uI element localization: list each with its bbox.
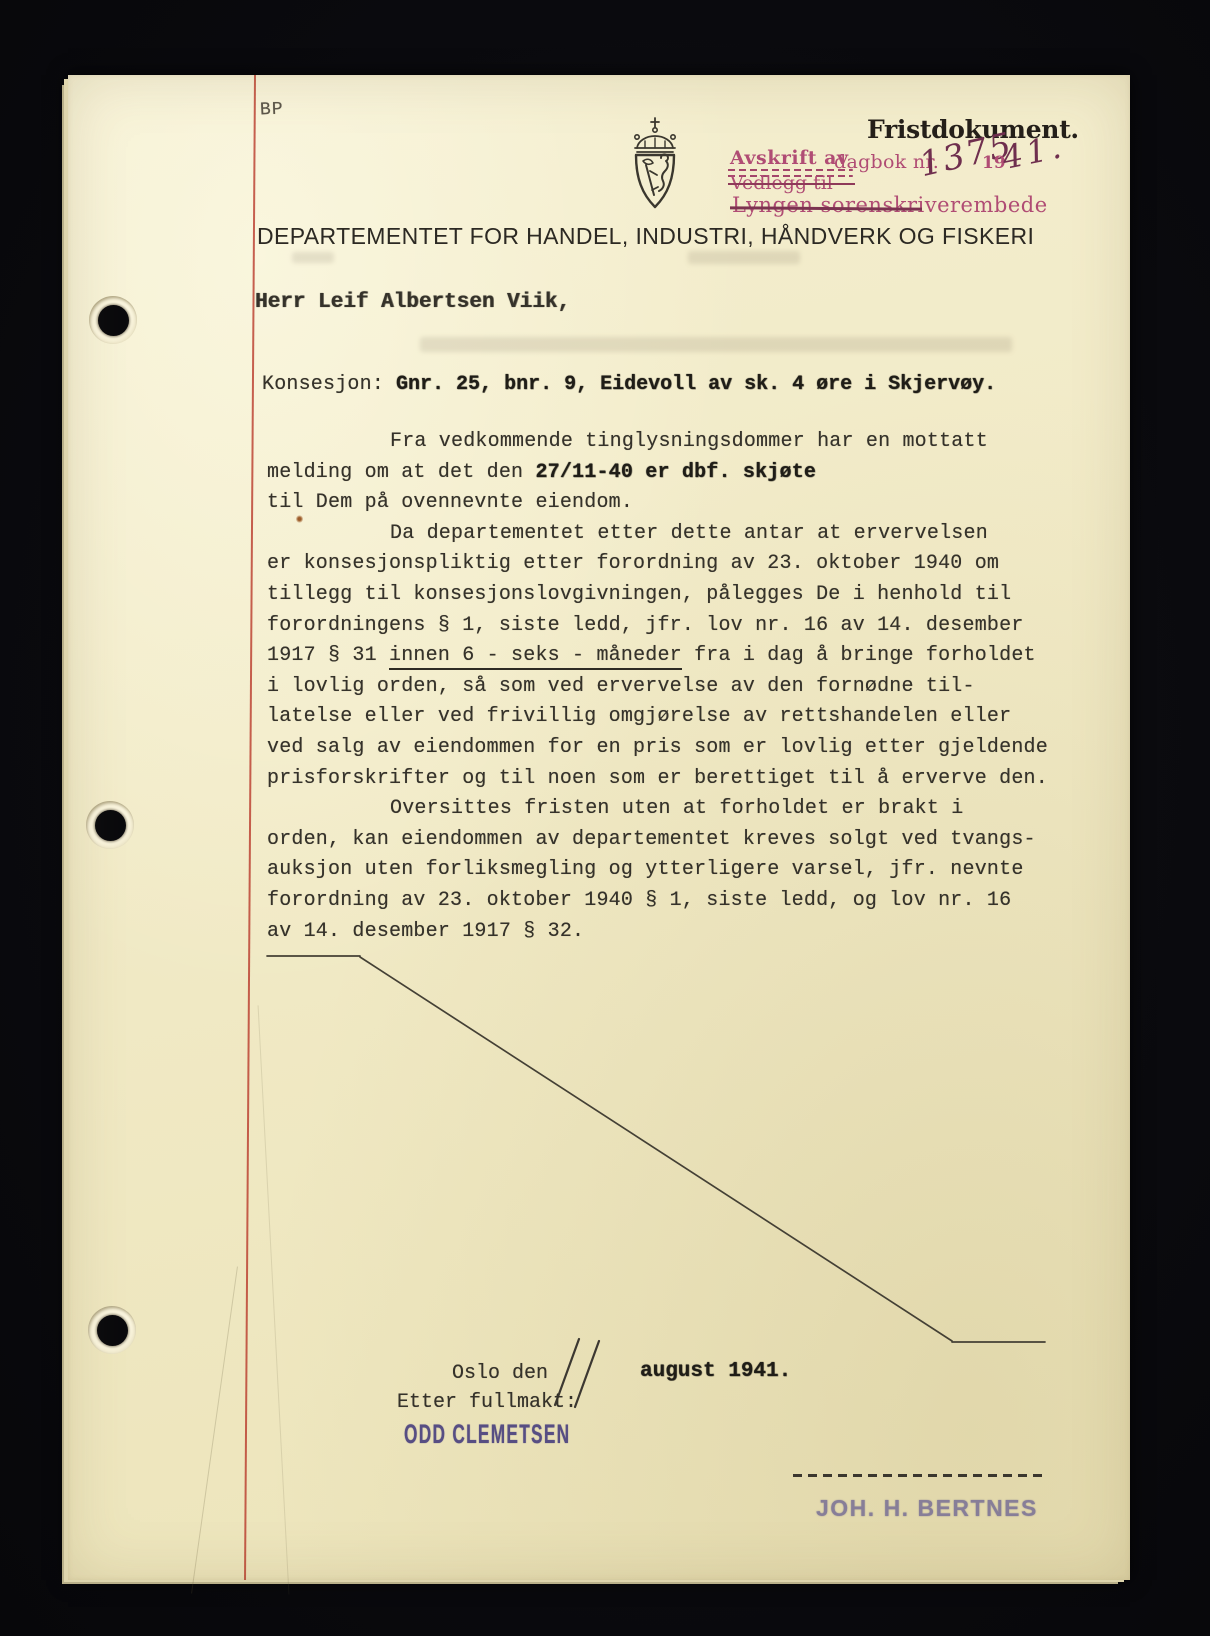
body-line: til Dem på ovennevnte eiendom. <box>267 488 1048 519</box>
subject-label: Konsesjon: <box>262 373 384 396</box>
body-line: i lovlig orden, så som ved ervervelse av… <box>267 672 1048 703</box>
body-line: er konsesjonspliktig etter forordning av… <box>267 549 1048 580</box>
punch-hole-top <box>89 296 137 344</box>
registry-stamp-row-attachment: Vedlegg til <box>730 172 833 194</box>
registry-stamp-office-name: Lyngen sorenskriverembede <box>732 193 1048 217</box>
paper-crease <box>191 1267 238 1594</box>
body-text-segment: tillegg til konsesjonslovgivningen, påle… <box>267 583 1011 606</box>
signature-dashed-line <box>793 1474 1045 1477</box>
scanned-document-page: BP Fristdokumen <box>0 0 1210 1636</box>
norwegian-coat-of-arms-icon <box>624 115 686 220</box>
body-line: auksjon uten forliksmegling og ytterlige… <box>267 855 1048 886</box>
recipient-line: Herr Leif Albertsen Viik, <box>255 291 570 314</box>
body-text-segment: latelse eller ved frivillig omgjørelse a… <box>267 705 1011 728</box>
body-text-segment: forordningens § 1, siste ledd, jfr. lov … <box>267 614 1024 637</box>
body-text-segment: fra i dag å bringe forholdet <box>682 644 1036 667</box>
letter-paper: BP Fristdokumen <box>68 75 1130 1580</box>
ink-offset-smudge <box>420 337 1012 352</box>
copy-of-label: Avskrift av <box>730 147 849 171</box>
body-text-segment: Da departementet etter dette antar at er… <box>390 522 988 545</box>
body-text-segment: 1917 § 31 <box>267 644 389 667</box>
department-letterhead: DEPARTEMENTET FOR HANDEL, INDUSTRI, HÅND… <box>257 223 1034 250</box>
body-line: melding om at det den 27/11-40 er dbf. s… <box>267 458 1048 489</box>
punch-hole-bottom <box>88 1306 136 1354</box>
body-line: latelse eller ved frivillig omgjørelse a… <box>267 702 1048 733</box>
body-line: Fra vedkommende tinglysningsdommer har e… <box>267 427 1048 458</box>
body-text-segment: forordning av 23. oktober 1940 § 1, sist… <box>267 889 1011 912</box>
body-line: av 14. desember 1917 § 32. <box>267 917 1048 948</box>
body-text-segment: Oversittes fristen uten at forholdet er … <box>390 797 964 820</box>
body-line: ved salg av eiendommen for en pris som e… <box>267 733 1048 764</box>
body-line: prisforskrifter og til noen som er beret… <box>267 764 1048 795</box>
ink-offset-smudge <box>292 252 334 263</box>
body-text-segment: innen 6 - seks - måneder <box>389 644 682 670</box>
body-line: tillegg til konsesjonslovgivningen, påle… <box>267 580 1048 611</box>
body-text-segment: 27/11-40 er dbf. skjøte <box>535 461 816 484</box>
body-text-segment: auksjon uten forliksmegling og ytterlige… <box>267 858 1024 881</box>
date-month-year: august 1941. <box>640 1360 791 1383</box>
punch-hole-middle <box>86 801 134 849</box>
subject-line: Konsesjon: Gnr. 25, bnr. 9, Eidevoll av … <box>262 373 996 396</box>
body-line: 1917 § 31 innen 6 - seks - måneder fra i… <box>267 641 1048 672</box>
countersigner-name-stamp: JOH. H. BERTNES <box>816 1495 1038 1522</box>
body-text-segment: i lovlig orden, så som ved ervervelse av… <box>267 675 975 698</box>
paper-crease <box>258 1005 290 1594</box>
place-label: Oslo den <box>452 1362 548 1385</box>
subject-value: Gnr. 25, bnr. 9, Eidevoll av sk. 4 øre i… <box>396 373 996 396</box>
initials-mark: BP <box>260 100 284 121</box>
body-line: forordning av 23. oktober 1940 § 1, sist… <box>267 886 1048 917</box>
body-line: Da departementet etter dette antar at er… <box>267 519 1048 550</box>
ink-offset-smudge <box>688 251 800 264</box>
signer-name-stamp: ODD CLEMETSEN <box>404 1419 570 1450</box>
body-text-segment: av 14. desember 1917 § 32. <box>267 920 584 943</box>
body-text-segment: til Dem på ovennevnte eiendom. <box>267 491 633 514</box>
body-line: forordningens § 1, siste ledd, jfr. lov … <box>267 611 1048 642</box>
date-line: Oslo den august 1941. <box>452 1362 548 1385</box>
body-text-segment: melding om at det den <box>267 461 535 484</box>
body-line: orden, kan eiendommen av departementet k… <box>267 825 1048 856</box>
body-text-segment: orden, kan eiendommen av departementet k… <box>267 828 1036 851</box>
body-text-segment: Fra vedkommende tinglysningsdommer har e… <box>390 430 988 453</box>
authority-line: Etter fullmakt: <box>397 1391 577 1414</box>
letter-body: Fra vedkommende tinglysningsdommer har e… <box>267 427 1048 947</box>
body-text-segment: er konsesjonspliktig etter forordning av… <box>267 552 999 575</box>
attachment-label-struck: Vedlegg til <box>730 172 833 194</box>
body-text-segment: prisforskrifter og til noen som er beret… <box>267 767 1048 790</box>
body-text-segment: ved salg av eiendommen for en pris som e… <box>267 736 1048 759</box>
registry-stamp-row-copy: Avskrift av dagbok nr. 1375 19 41. <box>730 147 849 169</box>
body-line: Oversittes fristen uten at forholdet er … <box>267 794 1048 825</box>
